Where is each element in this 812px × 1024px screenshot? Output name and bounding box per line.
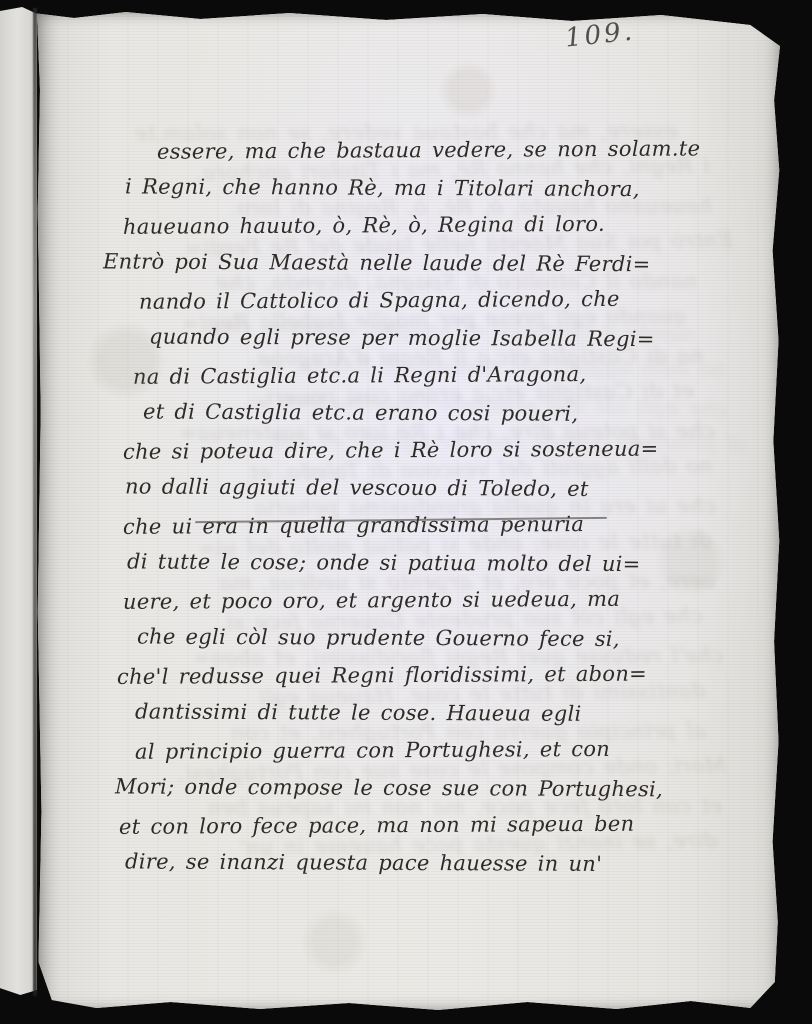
manuscript-line: di tutte le cose; onde si patiua molto d… — [127, 543, 723, 584]
manuscript-line: haueuano hauuto, ò, Rè, ò, Regina di lor… — [123, 205, 723, 246]
manuscript-line: che ui era in quella grandissima penuria — [123, 505, 723, 546]
scan-background: { "page": { "folio_number": "109.", "lin… — [0, 0, 812, 1024]
manuscript-line: che egli còl suo prudente Gouerno fece s… — [137, 618, 723, 659]
manuscript-line: i Regni, che hanno Rè, ma i Titolari anc… — [125, 168, 723, 209]
manuscript-line: al principio guerra con Portughesi, et c… — [135, 730, 723, 771]
manuscript-line: na di Castiglia etc.a li Regni d'Aragona… — [133, 355, 723, 396]
manuscript-line: che'l redusse quei Regni floridissimi, e… — [117, 655, 723, 696]
manuscript-line: et di Castiglia etc.a erano cosi poueri, — [143, 393, 723, 434]
manuscript-line: che si poteua dire, che i Rè loro si sos… — [123, 430, 723, 471]
folio-number: 109. — [564, 16, 637, 53]
manuscript-line: no dalli aggiuti del vescouo di Toledo, … — [125, 468, 723, 509]
previous-page-edge — [0, 6, 37, 996]
manuscript-line: dire, se inanzi questa pace hauesse in u… — [125, 843, 723, 884]
manuscript-line: dantissimi di tutte le cose. Haueua egli — [135, 693, 723, 734]
manuscript-page: 109. essere, ma che bastaua vedere, se n… — [37, 10, 780, 1012]
manuscript-line: quando egli prese per moglie Isabella Re… — [149, 318, 723, 359]
binding-gutter — [33, 8, 37, 996]
handwritten-text-block: essere, ma che bastaua vedere, se non so… — [123, 132, 723, 882]
manuscript-line: et con loro fece pace, ma non mi sapeua … — [119, 805, 723, 846]
manuscript-line: Mori; onde compose le cose sue con Portu… — [115, 768, 723, 809]
manuscript-line: nando il Cattolico di Spagna, dicendo, c… — [139, 280, 723, 321]
manuscript-line: uere, et poco oro, et argento si uedeua,… — [123, 580, 723, 621]
manuscript-line: essere, ma che bastaua vedere, se non so… — [157, 130, 723, 171]
manuscript-line: Entrò poi Sua Maestà nelle laude del Rè … — [103, 243, 723, 284]
